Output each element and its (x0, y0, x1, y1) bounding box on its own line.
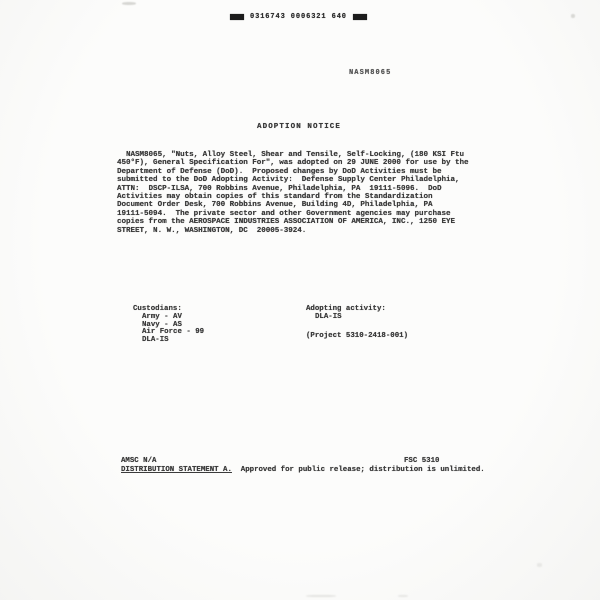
distribution-statement-text: Approved for public release; distributio… (232, 466, 485, 474)
body-line: submitted to the DoD Adopting Activity: … (117, 176, 497, 184)
barcode-block-right-icon (353, 14, 367, 20)
body-line: copies from the AEROSPACE INDUSTRIES ASS… (117, 218, 497, 226)
project-number: (Project 5310-2418-001) (306, 333, 408, 341)
fsc-code: FSC 5310 (404, 458, 439, 466)
scan-artifact (398, 595, 408, 597)
body-line: STREET, N. W., WASHINGTON, DC 20005-3924… (117, 227, 497, 235)
body-line: 19111-5094. The private sector and other… (117, 210, 497, 218)
body-line: Department of Defense (DoD). Proposed ch… (117, 168, 497, 176)
page-title: ADOPTION NOTICE (257, 123, 341, 131)
custodians-block: Custodians: Army - AV Navy - AS Air Forc… (133, 306, 204, 345)
scan-artifact (122, 2, 136, 5)
body-line: 450°F), General Specification For", was … (117, 159, 497, 167)
amsc-code: AMSC N/A (121, 458, 156, 466)
barcode-block-left-icon (230, 14, 244, 20)
scan-code-text: 0316743 0006321 640 (250, 13, 347, 21)
scan-artifact (571, 14, 575, 18)
adoption-notice-body: NASM8065, "Nuts, Alloy Steel, Shear and … (117, 151, 497, 235)
distribution-statement: DISTRIBUTION STATEMENT A. Approved for p… (121, 467, 521, 475)
scan-artifact (537, 563, 542, 567)
scan-artifact (306, 595, 336, 597)
body-line: Document Order Desk, 700 Robbins Avenue,… (117, 201, 497, 209)
scan-code-bar: 0316743 0006321 640 (230, 12, 370, 22)
document-number: NASM8065 (349, 69, 391, 77)
adopting-activity-block: Adopting activity: DLA-IS (Project 5310-… (306, 306, 408, 340)
adopting-activity-value: DLA-IS (306, 314, 408, 322)
custodian-item: DLA-IS (133, 337, 204, 345)
scanned-page: 0316743 0006321 640 NASM8065 ADOPTION NO… (0, 0, 600, 600)
body-line: ATTN: DSCP-ILSA, 700 Robbins Avenue, Phi… (117, 185, 497, 193)
distribution-statement-label: DISTRIBUTION STATEMENT A. (121, 466, 232, 474)
